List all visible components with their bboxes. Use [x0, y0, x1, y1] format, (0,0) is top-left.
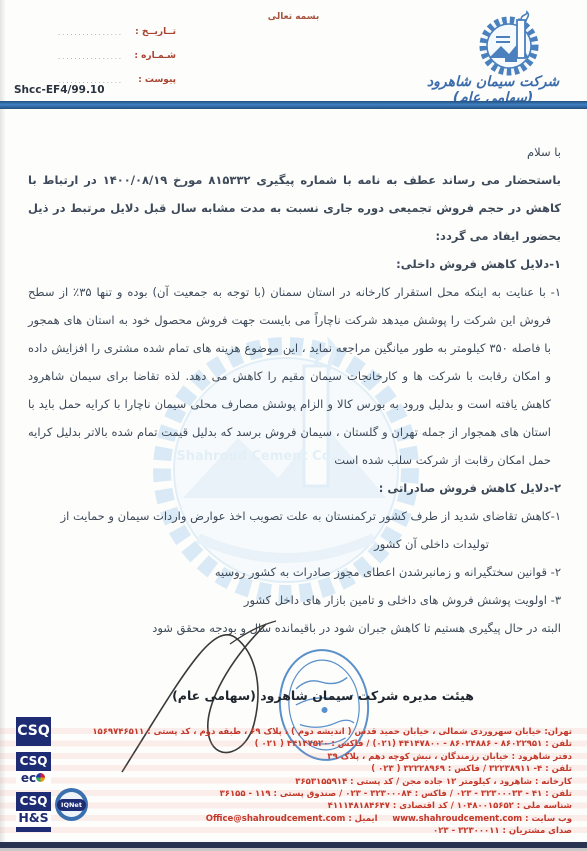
csq-badge-1: CSQ	[16, 717, 51, 746]
letter-page: بسمه تعالی تــاریــخ : ................ …	[0, 0, 587, 851]
number-dotted-line: ................	[58, 52, 130, 61]
section2-item-3: ۳- اولویت پوشش فروش های داخلی و تامین با…	[28, 586, 561, 614]
section1-title: ۱-دلایل کاهش فروش داخلی:	[28, 250, 561, 278]
footer-line-customer-voice: صدای مشتریان : ۳۲۳۰۰۰۱۱ - ۰۲۳	[27, 825, 572, 837]
date-label: تــاریــخ :	[135, 27, 176, 37]
section2-item-2: ۲- قوانین سختگیرانه و زمانبرشدن اعطای مج…	[28, 558, 561, 586]
footer-line-shahroud-phone: تلفن : ۴- ۳۲۲۳۸۹۱۱ / فاکس : ۳۲۲۲۸۹۶۹ ( ۰…	[27, 763, 572, 775]
footer-line-factory-address: کارخانه : شاهرود ، کیلومتر ۱۲ جاده مجن /…	[27, 776, 572, 788]
header-fields: تــاریــخ : ................ شـمـاره : .…	[58, 20, 176, 92]
section2-item-1: ۱-کاهش تقاضای شدید از طرف کشور ترکمنستان…	[28, 502, 561, 558]
section2-title: ۲-دلایل کاهش فروش صادراتی :	[28, 474, 561, 502]
footer-line-tehran-phone: تلفن : ۸۶۰۲۲۹۵۱ - ۸۶۰۲۴۸۸۶ - ۴۴۱۴۷۸۰۰ (۰…	[27, 738, 572, 750]
footer-line-shahroud-office: دفتر شاهرود : خیابان رزمندگان ، نبش کوچه…	[27, 751, 572, 763]
csq-badge-3: CSQ	[16, 792, 51, 811]
signature-title: هیئت مدیره شرکت سیمان شاهرود (سهامی عام)	[148, 688, 498, 703]
salutation: با سلام	[28, 138, 561, 166]
eco-o-icon	[36, 773, 45, 782]
company-logo-icon	[463, 10, 549, 76]
number-label: شـمـاره :	[134, 51, 176, 61]
form-code: Shcc-EF4/99.10	[14, 84, 105, 96]
footer-line-factory-phone: تلفن : ۴۱ - ۳۲۳۰۰۰۳۳ - ۰۲۳ / فاکس : ۳۲۳۰…	[27, 788, 572, 800]
intro-paragraph: باستحضار می رساند عطف به نامه با شماره پ…	[28, 166, 561, 250]
eco-badge-text: ec	[21, 771, 36, 785]
date-dotted-line: ................	[58, 28, 131, 37]
footer-contact-block: تهران: خیابان سهروردی شمالی ، خیابان حمی…	[27, 726, 572, 838]
letter-body: با سلام باستحضار می رساند عطف به نامه با…	[28, 138, 561, 642]
certification-badges: CSQ CSQ ec CSQ H&S	[16, 717, 56, 832]
iqnet-label: IQNet	[57, 799, 86, 811]
attachment-label: پیوست :	[138, 75, 176, 85]
header-divider-bar	[0, 101, 587, 109]
csq-badge-2: CSQ	[16, 752, 51, 771]
scan-edge-shadow	[0, 0, 6, 851]
footer-line-national-id: شناسه ملی : ۱۰۴۸۰۰۱۵۶۵۲ / کد اقتصادی : ۴…	[27, 800, 572, 812]
section1-item: ۱- با عنایت به اینکه محل استقرار کارخانه…	[28, 278, 561, 474]
eco-badge: ec	[16, 771, 51, 784]
hs-badge-strip	[16, 827, 51, 832]
iqnet-badge-icon: IQNet	[55, 788, 88, 821]
footer-line-tehran-address: تهران: خیابان سهروردی شمالی ، خیابان حمی…	[27, 726, 572, 738]
date-field-row: تــاریــخ : ................	[58, 20, 176, 44]
number-field-row: شـمـاره : ................	[58, 44, 176, 68]
hs-badge: H&S	[16, 811, 51, 825]
footer-line-website-email: وب سایت : www.shahroudcement.com ایمیل :…	[27, 813, 572, 825]
